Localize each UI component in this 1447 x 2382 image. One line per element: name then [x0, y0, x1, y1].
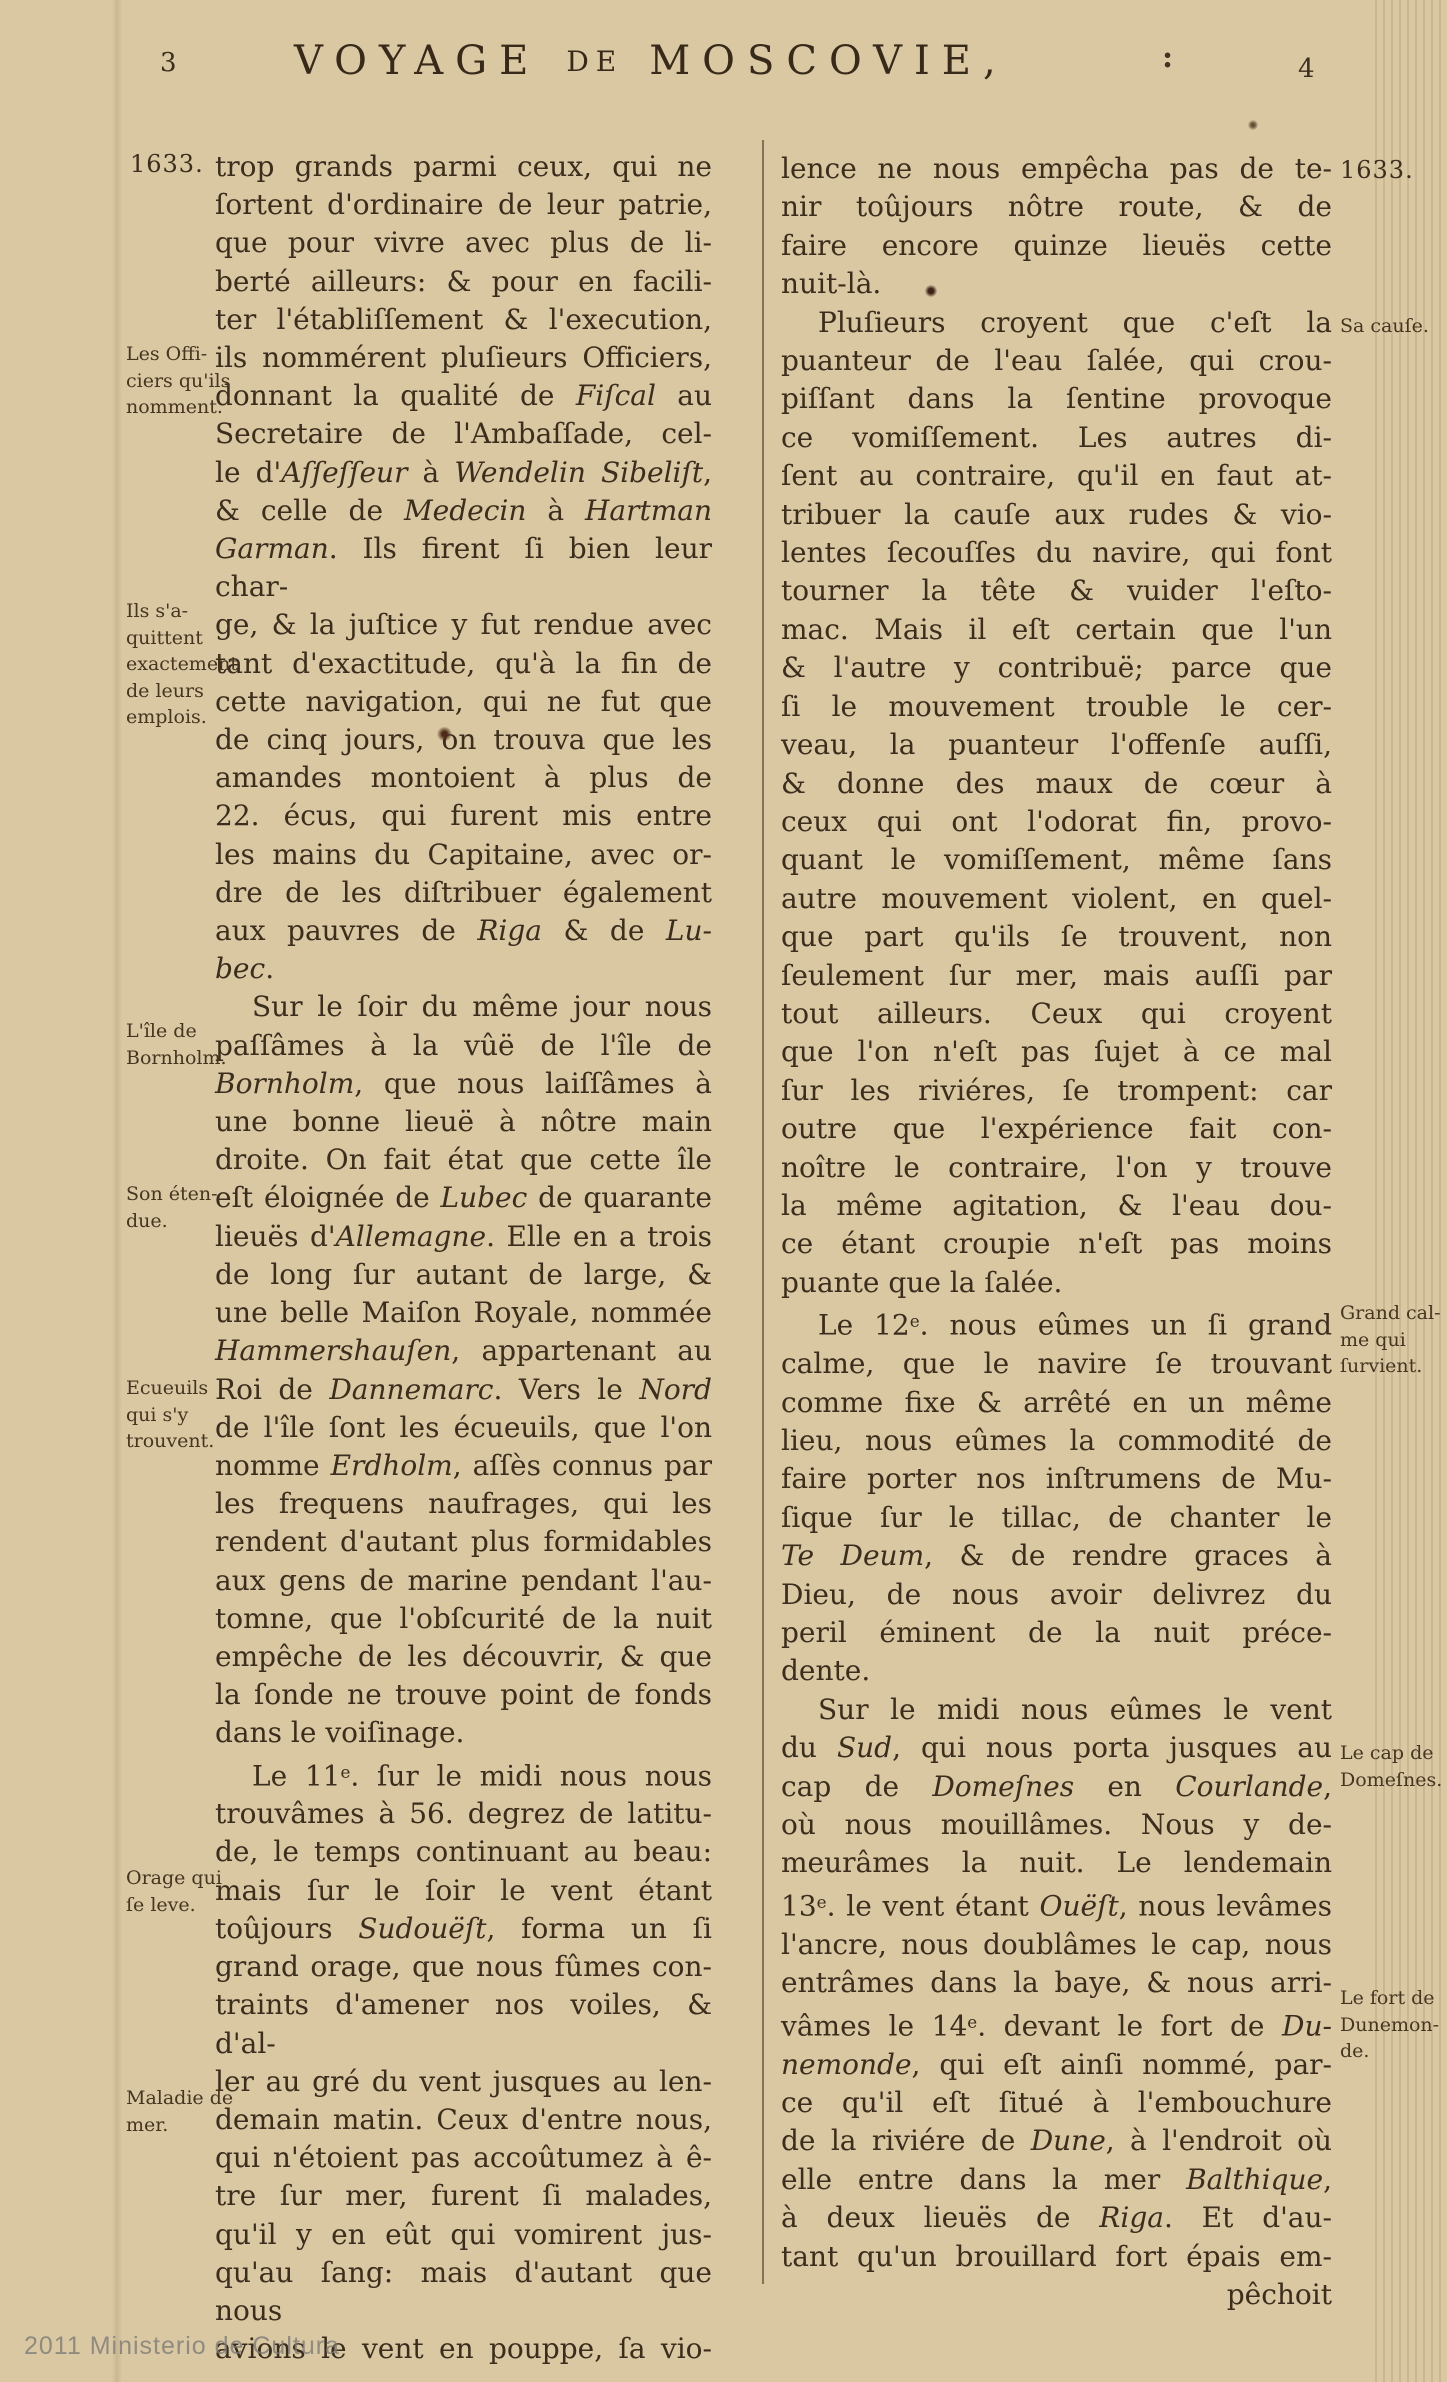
text-line: ſortent d'ordinaire de leur patrie, — [215, 186, 712, 224]
text-line: toûjours Sudouëſt, forma un ſi — [215, 1910, 712, 1948]
text-line: aux gens de marine pendant l'au- — [215, 1562, 712, 1600]
margin-note: Le cap deDomeſnes. — [1340, 1740, 1442, 1793]
italic-text: Erdholm — [331, 1449, 453, 1482]
text-line: ſique ſur le tillac, de chanter le — [781, 1499, 1332, 1537]
title-word: VOYAGE — [294, 38, 540, 84]
italic-text: Fiſcal — [576, 379, 656, 412]
ink-spot — [1248, 120, 1258, 130]
text-line: de, le temps continuant au beau: — [215, 1833, 712, 1871]
text-line: meurâmes la nuit. Le lendemain — [781, 1844, 1332, 1882]
text-line: elle entre dans la mer Balthique, — [781, 2161, 1332, 2199]
text-line: & l'autre y contribuë; parce que — [781, 649, 1332, 687]
text-line: Le 12e. nous eûmes un ſi grand — [781, 1302, 1332, 1345]
left-column-text: trop grands parmi ceux, qui neſortent d'… — [215, 148, 712, 2368]
text-line: Hammershauſen, appartenant au — [215, 1332, 712, 1370]
text-line: qui n'étoient pas accoûtumez à ê- — [215, 2139, 712, 2177]
text-line: tomne, que l'obſcurité de la nuit — [215, 1600, 712, 1638]
text-line: nir toûjours nôtre route, & de — [781, 188, 1332, 226]
text-line: tant d'exactitude, qu'à la fin de — [215, 645, 712, 683]
paper-crease — [112, 0, 122, 2382]
text-line: tant qu'un brouillard fort épais em- — [781, 2238, 1332, 2276]
italic-text: Ouëſt — [1040, 1889, 1119, 1922]
text-line: dre de les diſtribuer également — [215, 874, 712, 912]
text-line: cette navigation, qui ne fut que — [215, 683, 712, 721]
text-line: dente. — [781, 1652, 1332, 1690]
text-line: cap de Domeſnes en Courlande, — [781, 1768, 1332, 1806]
text-line: demain matin. Ceux d'entre nous, — [215, 2101, 712, 2139]
italic-text: Lubec — [441, 1181, 528, 1214]
text-line: Dieu, de nous avoir delivrez du — [781, 1576, 1332, 1614]
text-line: de cinq jours, on trouva que les — [215, 721, 712, 759]
italic-text: Sud — [837, 1731, 892, 1764]
text-line: lieu, nous eûmes la commodité de — [781, 1422, 1332, 1460]
margin-note: Ecueuilsqui s'ytrouvent. — [126, 1375, 214, 1455]
text-line: ler au gré du vent jusques au len- — [215, 2063, 712, 2101]
year-marker-right: 1633. — [1340, 156, 1414, 184]
text-line: puante que la ſalée. — [781, 1264, 1332, 1302]
superscript-text: e — [340, 1762, 350, 1782]
italic-text: Riga — [1099, 2201, 1164, 2234]
margin-note: L'île deBornholm. — [126, 1018, 227, 1071]
superscript-text: e — [817, 1892, 827, 1912]
title-word: MOSCOVIE, — [649, 38, 1007, 84]
text-line: quant le vomiſſement, même ſans — [781, 841, 1332, 879]
text-line: ils nommérent pluſieurs Officiers, — [215, 339, 712, 377]
text-line: tout ailleurs. Ceux qui croyent — [781, 995, 1332, 1033]
text-line: dans le voiſinage. — [215, 1714, 712, 1752]
text-line: de l'île ſont les écueuils, que l'on — [215, 1409, 712, 1447]
text-line: que part qu'ils ſe trouvent, non — [781, 918, 1332, 956]
text-line: faire porter nos inſtrumens de Mu- — [781, 1460, 1332, 1498]
margin-note: Sa cauſe. — [1340, 313, 1429, 340]
italic-text: Courlande — [1175, 1770, 1323, 1803]
text-line: le d'Aſſeſſeur à Wendelin Sibeliſt, — [215, 454, 712, 492]
text-line: tourner la tête & vuider l'eſto- — [781, 572, 1332, 610]
text-line: piſſant dans la ſentine provoque — [781, 380, 1332, 418]
text-line: grand orage, que nous fûmes con- — [215, 1948, 712, 1986]
text-line: l'ancre, nous doublâmes le cap, nous — [781, 1926, 1332, 1964]
text-line: la même agitation, & l'eau dou- — [781, 1187, 1332, 1225]
text-line: la ſonde ne trouve point de fonds — [215, 1676, 712, 1714]
text-line: Pluſieurs croyent que c'eſt la — [781, 304, 1332, 342]
italic-text: Sudouëſt — [358, 1912, 486, 1945]
book-page-spread: 3 VOYAGEDEMOSCOVIE, 4 : 1633. 1633. trop… — [0, 0, 1447, 2382]
text-line: droite. On fait état que cette île — [215, 1141, 712, 1179]
text-line: Garman. Ils firent ſi bien leur char- — [215, 530, 712, 606]
text-line: berté ailleurs: & pour en facili- — [215, 263, 712, 301]
text-line: ter l'établiſſement & l'execution, — [215, 301, 712, 339]
italic-text: Bornholm — [215, 1067, 354, 1100]
text-line: donnant la qualité de Fiſcal au — [215, 377, 712, 415]
text-line: du Sud, qui nous porta jusques au — [781, 1729, 1332, 1767]
text-line: Secretaire de l'Ambaſſade, cel- — [215, 415, 712, 453]
margin-note: Maladie demer. — [126, 2085, 233, 2138]
text-line: trop grands parmi ceux, qui ne — [215, 148, 712, 186]
superscript-text: e — [910, 1311, 920, 1331]
text-line: où nous mouillâmes. Nous y de- — [781, 1806, 1332, 1844]
text-line: pêchoit — [781, 2276, 1332, 2314]
text-line: autre mouvement violent, en quel- — [781, 880, 1332, 918]
text-line: traints d'amener nos voiles, & d'al- — [215, 1986, 712, 2062]
text-line: lentes ſecouſſes du navire, qui font — [781, 534, 1332, 572]
text-line: Te Deum, & de rendre graces à — [781, 1537, 1332, 1575]
column-divider-rule — [762, 140, 764, 2284]
text-line: ce vomiſſement. Les autres di- — [781, 419, 1332, 457]
text-line: paſſâmes à la vûë de l'île de — [215, 1027, 712, 1065]
right-column-text: lence ne nous empêcha pas de te-nir toûj… — [781, 150, 1332, 2314]
text-line: mac. Mais il eſt certain que l'un — [781, 611, 1332, 649]
text-line: ce étant croupie n'eſt pas moins — [781, 1225, 1332, 1263]
text-line: à deux lieuës de Riga. Et d'au- — [781, 2199, 1332, 2237]
text-line: ſeulement ſur mer, mais auſſi par — [781, 957, 1332, 995]
italic-text: Lu- — [666, 914, 712, 947]
title-word: DE — [566, 45, 623, 78]
text-line: qu'il y en eût qui vomirent jus- — [215, 2216, 712, 2254]
margin-note: Grand cal-me quiſurvient. — [1340, 1300, 1441, 1380]
margin-note: Son éten-due. — [126, 1181, 218, 1234]
italic-text: Du- — [1282, 2009, 1332, 2042]
italic-text: Dannemarc — [329, 1373, 493, 1406]
text-line: amandes montoient à plus de — [215, 759, 712, 797]
text-line: & celle de Medecin à Hartman — [215, 492, 712, 530]
margin-note: Les Offi-ciers qu'ilsnomment. — [126, 341, 230, 421]
italic-text: Wendelin Sibeliſt — [454, 456, 703, 489]
text-line: calme, que le navire ſe trouvant — [781, 1345, 1332, 1383]
text-line: ge, & la juſtice y fut rendue avec — [215, 606, 712, 644]
text-line: empêche de les découvrir, & que — [215, 1638, 712, 1676]
italic-text: Nord — [639, 1373, 712, 1406]
text-line: de la riviére de Dune, à l'endroit où — [781, 2122, 1332, 2160]
text-line: peril éminent de la nuit préce- — [781, 1614, 1332, 1652]
text-line: rendent d'autant plus formidables — [215, 1523, 712, 1561]
text-line: entrâmes dans la baye, & nous arri- — [781, 1964, 1332, 2002]
text-line: que pour vivre avec plus de li- — [215, 224, 712, 262]
text-line: Le 11e. ſur le midi nous nous — [215, 1753, 712, 1796]
italic-text: Domeſnes — [932, 1770, 1074, 1803]
margin-note: Le fort deDunemon-de. — [1340, 1985, 1439, 2065]
text-line: vâmes le 14e. devant le fort de Du- — [781, 2003, 1332, 2046]
italic-text: Riga — [477, 914, 542, 947]
text-line: de long ſur autant de large, & — [215, 1256, 712, 1294]
margin-note: Ils s'a-quittentexactementde leursemploi… — [126, 598, 238, 731]
text-line: 13e. le vent étant Ouëſt, nous levâmes — [781, 1883, 1332, 1926]
page-number-right: 4 — [1298, 54, 1316, 84]
page-number-left: 3 — [160, 48, 178, 78]
text-line: ſur les riviéres, ſe trompent: car — [781, 1072, 1332, 1110]
text-line: aux pauvres de Riga & de Lu- — [215, 912, 712, 950]
text-line: ſent au contraire, qu'il en faut at- — [781, 457, 1332, 495]
text-line: une bonne lieuë à nôtre main — [215, 1103, 712, 1141]
text-line: ce qu'il eſt ſitué à l'embouchure — [781, 2084, 1332, 2122]
text-line: Roi de Dannemarc. Vers le Nord — [215, 1371, 712, 1409]
text-line: noître le contraire, l'on y trouve — [781, 1149, 1332, 1187]
text-line: veau, la puanteur l'offenſe auſſi, — [781, 726, 1332, 764]
italic-text: Dune — [1031, 2124, 1106, 2157]
text-line: bec. — [215, 950, 712, 988]
text-line: les frequens naufrages, qui les — [215, 1485, 712, 1523]
year-marker-left: 1633. — [130, 150, 204, 178]
text-line: ceux qui ont l'odorat fin, provo- — [781, 803, 1332, 841]
italic-text: Hammershauſen — [215, 1334, 451, 1367]
text-line: ſi le mouvement trouble le cer- — [781, 688, 1332, 726]
italic-text: Allemagne — [336, 1220, 486, 1253]
italic-text: bec — [215, 952, 265, 985]
text-line: puanteur de l'eau ſalée, qui crou- — [781, 342, 1332, 380]
italic-text: Aſſeſſeur — [281, 456, 407, 489]
text-line: 22. écus, qui furent mis entre — [215, 797, 712, 835]
text-line: & donne des maux de cœur à — [781, 765, 1332, 803]
text-line: qu'au ſang: mais d'autant que nous — [215, 2254, 712, 2330]
superscript-text: e — [967, 2012, 977, 2032]
text-line: lence ne nous empêcha pas de te- — [781, 150, 1332, 188]
text-line: tre ſur mer, furent ſi malades, — [215, 2177, 712, 2215]
margin-note: Orage quiſe leve. — [126, 1865, 222, 1918]
text-line: Bornholm, que nous laiſſâmes à — [215, 1065, 712, 1103]
ink-mark: : — [1162, 40, 1173, 75]
italic-text: Te Deum — [781, 1539, 924, 1572]
text-line: nomme Erdholm, aſſès connus par — [215, 1447, 712, 1485]
text-line: outre que l'expérience fait con- — [781, 1110, 1332, 1148]
italic-text: Medecin — [404, 494, 526, 527]
text-line: nuit-là. — [781, 265, 1332, 303]
italic-text: Balthique — [1186, 2163, 1323, 2196]
italic-text: nemonde — [781, 2048, 912, 2081]
text-line: nemonde, qui eſt ainſi nommé, par- — [781, 2046, 1332, 2084]
italic-text: Hartman — [585, 494, 712, 527]
text-line: que l'on n'eſt pas ſujet à ce mal — [781, 1033, 1332, 1071]
text-line: comme fixe & arrêté en un même — [781, 1384, 1332, 1422]
text-line: une belle Maiſon Royale, nommée — [215, 1294, 712, 1332]
text-line: Sur le ſoir du même jour nous — [215, 988, 712, 1026]
text-line: lieuës d'Allemagne. Elle en a trois — [215, 1218, 712, 1256]
text-line: mais ſur le ſoir le vent étant — [215, 1872, 712, 1910]
text-line: Sur le midi nous eûmes le vent — [781, 1691, 1332, 1729]
italic-text: Garman — [215, 532, 329, 565]
running-title: VOYAGEDEMOSCOVIE, — [294, 38, 1034, 84]
text-line: faire encore quinze lieuës cette — [781, 227, 1332, 265]
text-line: tribuer la cauſe aux rudes & vio- — [781, 496, 1332, 534]
text-line: eſt éloignée de Lubec de quarante — [215, 1179, 712, 1217]
text-line: trouvâmes à 56. degrez de latitu- — [215, 1795, 712, 1833]
text-line: les mains du Capitaine, avec or- — [215, 836, 712, 874]
watermark: 2011 Ministerio de Cultura — [24, 2332, 340, 2361]
